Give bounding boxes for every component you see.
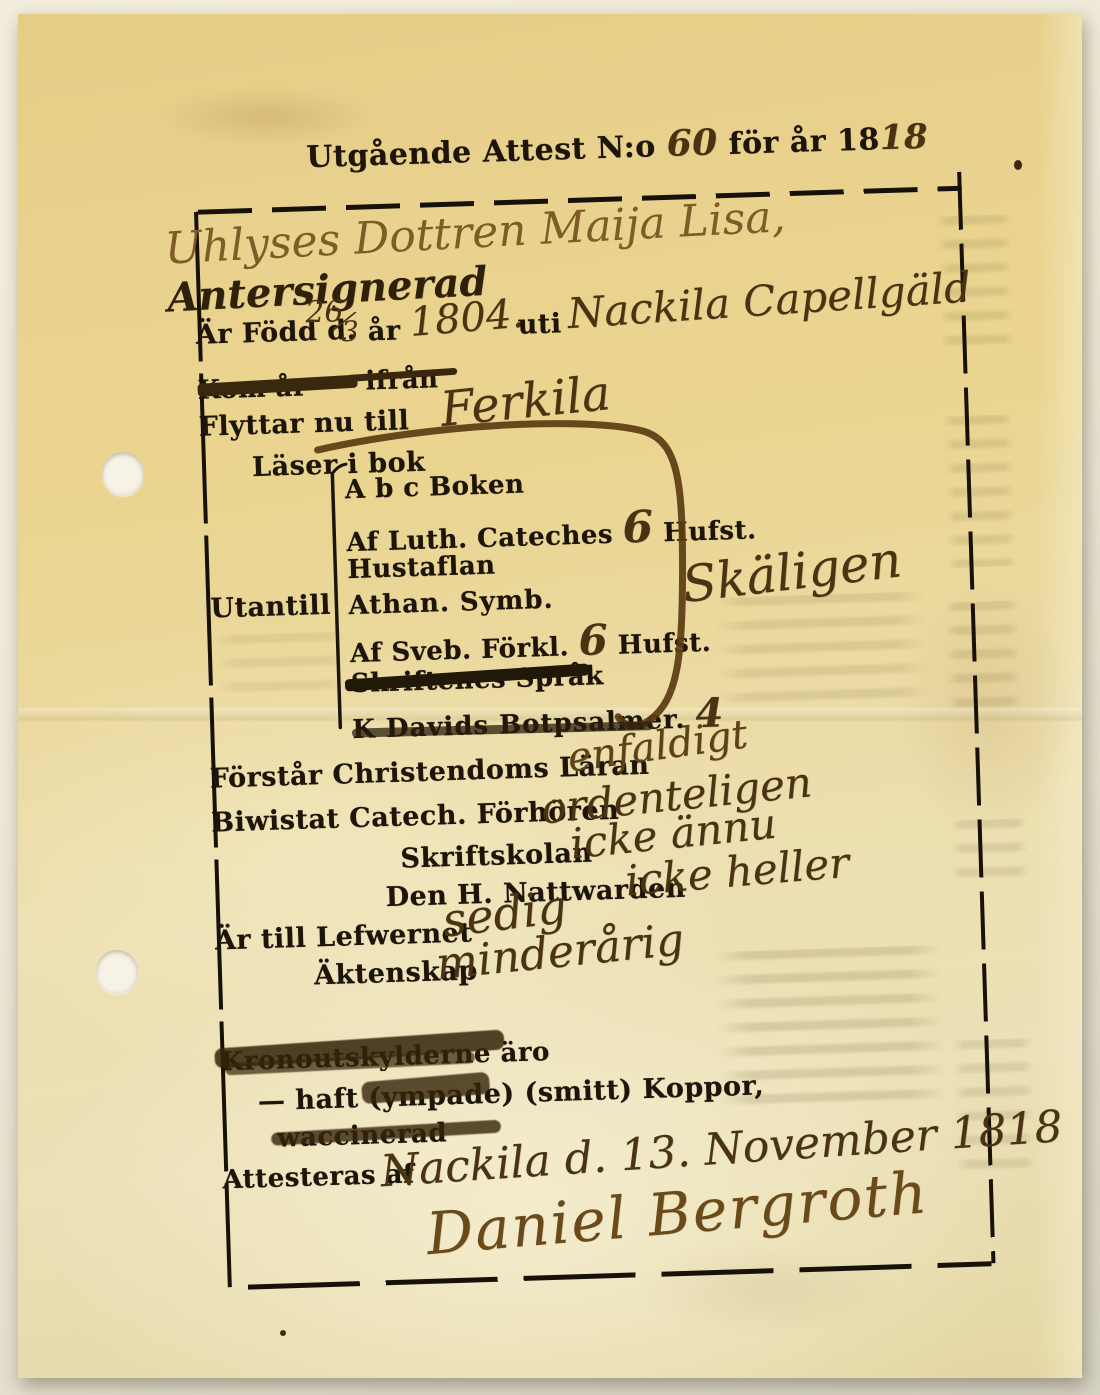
year-handwritten: 18: [879, 117, 929, 158]
bleedthrough-text: [950, 818, 1030, 892]
attest-number-handwritten: 60: [666, 121, 718, 165]
utantill-label: Utantill: [210, 590, 331, 625]
hole-punch: [96, 950, 138, 994]
dash: —: [258, 1085, 286, 1117]
birth-month: 3: [341, 315, 360, 349]
birth-year: 1804.: [408, 291, 526, 346]
border-bottom: [248, 1261, 992, 1289]
year-label: år: [367, 315, 401, 347]
document-title: Utgående Attest N:o 60 för år 1818: [306, 115, 929, 177]
paper-sheet: Utgående Attest N:o 60 för år 1818 Uhlys…: [18, 14, 1082, 1378]
attest-form: Utgående Attest N:o 60 för år 1818 Uhlys…: [0, 0, 1048, 1371]
ink-speck: [1014, 160, 1022, 170]
torn-right-edge: [1036, 14, 1082, 1378]
bleedthrough-text: [945, 600, 1022, 714]
moves-to-label: Flyttar nu till: [198, 405, 409, 443]
book-luth-unit: Hufst.: [663, 515, 757, 548]
title-printed: Utgående Attest N:o: [306, 129, 656, 175]
book-item-athan: Athan. Symb.: [348, 585, 554, 621]
skriftskolan-label: Skriftskolan: [400, 838, 593, 875]
luth-chapters-handwritten: 6: [622, 502, 655, 554]
book-item-abc: A b c Boken: [344, 470, 524, 506]
in-label: uti: [517, 308, 562, 340]
title-year-printed: för år 18: [728, 122, 880, 162]
sveb-chapters-handwritten: 6: [578, 615, 609, 665]
photo-of-document: Utgående Attest N:o 60 för år 1818 Uhlys…: [0, 0, 1100, 1395]
bleedthrough-text: [943, 414, 1018, 568]
birth-date-fraction: 26⁄3: [305, 305, 359, 342]
book-sveb-unit: Hufst.: [617, 628, 711, 661]
haft-label: haft: [295, 1083, 359, 1116]
birth-day: 26: [305, 294, 344, 330]
hole-punch: [102, 452, 144, 496]
border-left: [194, 212, 232, 1288]
destination-place: Ferkila: [438, 365, 613, 438]
koppor-line: — haft (ympade) (smitt) Koppor,: [258, 1070, 765, 1117]
bleedthrough-text: [215, 631, 349, 697]
book-item-hustaflan: Hustaflan: [347, 551, 496, 586]
bleedthrough-text: [714, 591, 929, 710]
